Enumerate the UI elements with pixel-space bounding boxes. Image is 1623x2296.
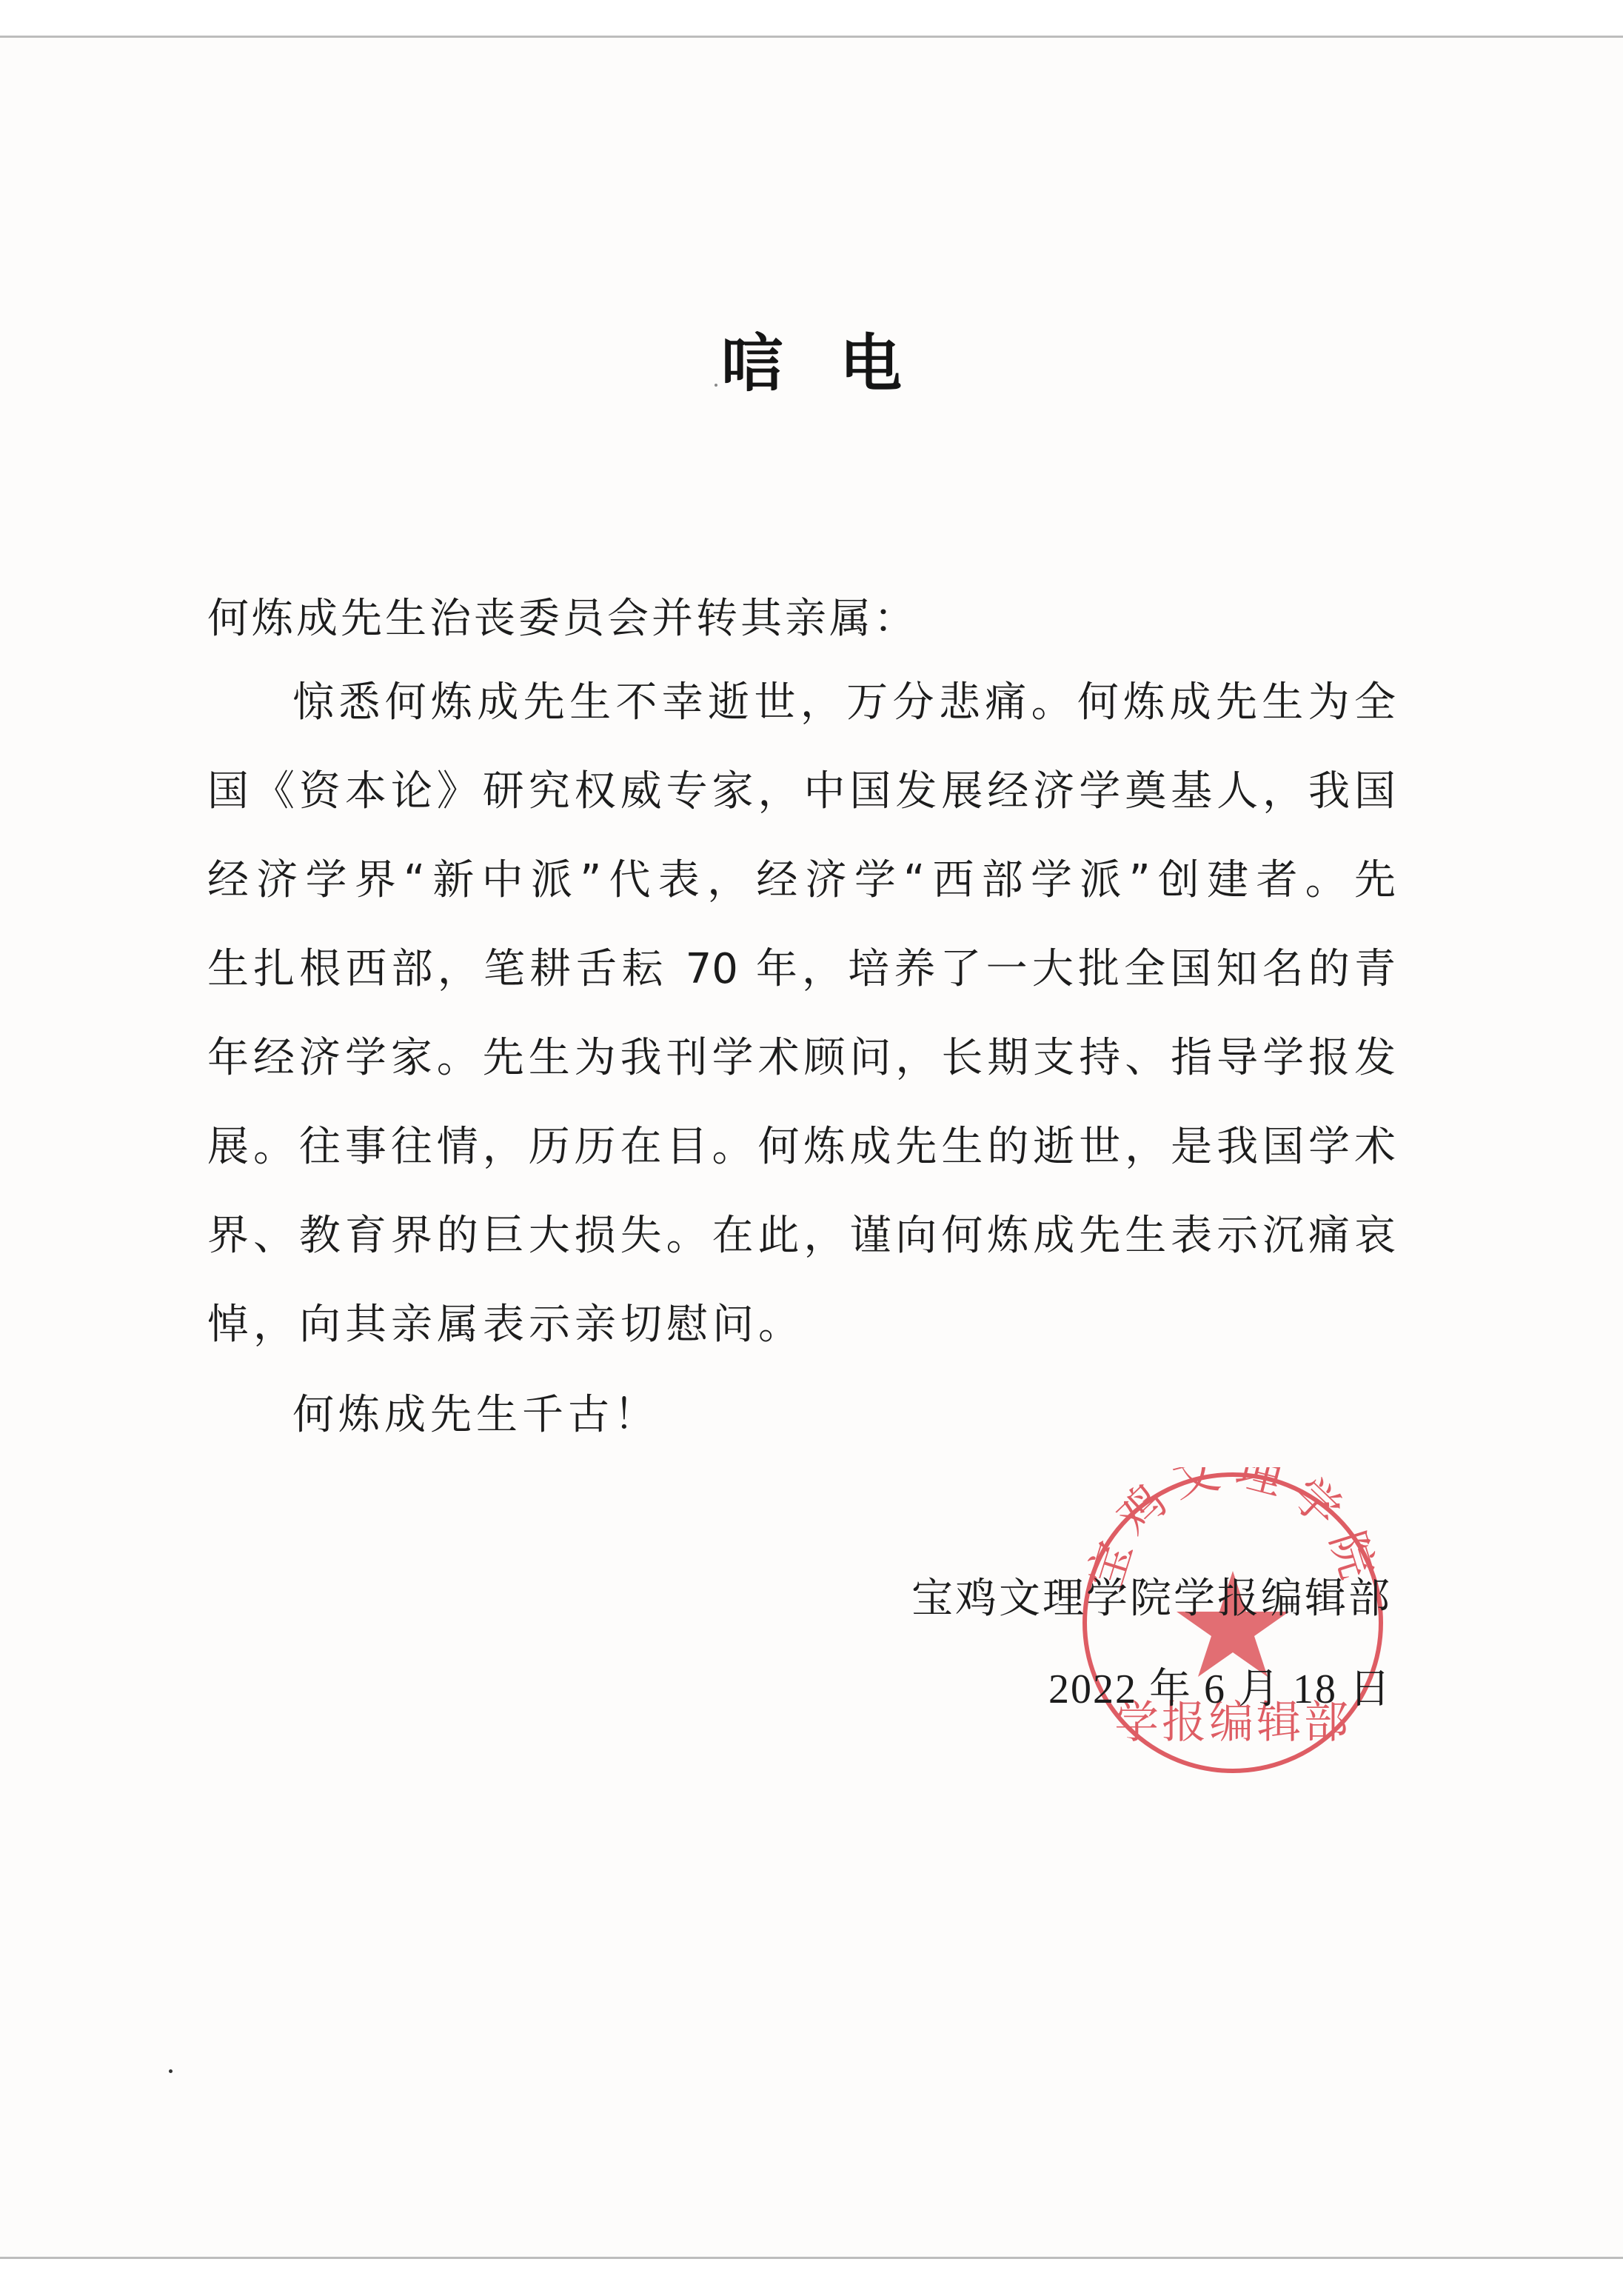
body-line-4: 生扎根西部，笔耕舌耘 70 年，培养了一大批全国知名的青	[207, 940, 1396, 999]
paper-speck	[715, 384, 717, 387]
body-line-3: 经济学界“新中派”代表，经济学“西部学派”创建者。先	[207, 851, 1396, 910]
signature-organization: 宝鸡文理学院学报编辑部	[911, 1569, 1392, 1629]
document-page: 唁电 何炼成先生治丧委员会并转其亲属： 惊悉何炼成先生不幸逝世，万分悲痛。何炼成…	[0, 36, 1623, 2259]
date-month-unit: 月	[1238, 1665, 1281, 1713]
closing-line: 何炼成先生千古！	[292, 1386, 660, 1445]
body-line-7: 界、教育界的巨大损失。在此，谨向何炼成先生表示沉痛哀	[207, 1207, 1396, 1266]
title-char-2: 电	[837, 323, 904, 404]
body-line-8: 悼，向其亲属表示亲切慰问。	[207, 1295, 1396, 1355]
paper-speck	[169, 2069, 173, 2073]
body-line-2: 国《资本论》研究权威专家，中国发展经济学奠基人，我国	[207, 762, 1396, 821]
body-line-6: 展。往事往情，历历在目。何炼成先生的逝世，是我国学术	[207, 1118, 1396, 1177]
date-day-unit: 日	[1349, 1665, 1392, 1713]
body-line-5: 年经济学家。先生为我刊学术顾问，长期支持、指导学报发	[207, 1029, 1396, 1088]
title-char-1: 唁	[719, 323, 786, 404]
salutation: 何炼成先生治丧委员会并转其亲属：	[207, 590, 918, 649]
date-year: 2022	[1048, 1666, 1137, 1712]
date-day: 18	[1293, 1666, 1337, 1712]
document-title: 唁电	[0, 323, 1623, 404]
date-month: 6	[1204, 1666, 1226, 1712]
body-line-1: 惊悉何炼成先生不幸逝世，万分悲痛。何炼成先生为全	[292, 673, 1396, 732]
date-year-unit: 年	[1149, 1665, 1192, 1713]
signature-date: 2022 年 6 月 18 日	[1048, 1660, 1392, 1719]
